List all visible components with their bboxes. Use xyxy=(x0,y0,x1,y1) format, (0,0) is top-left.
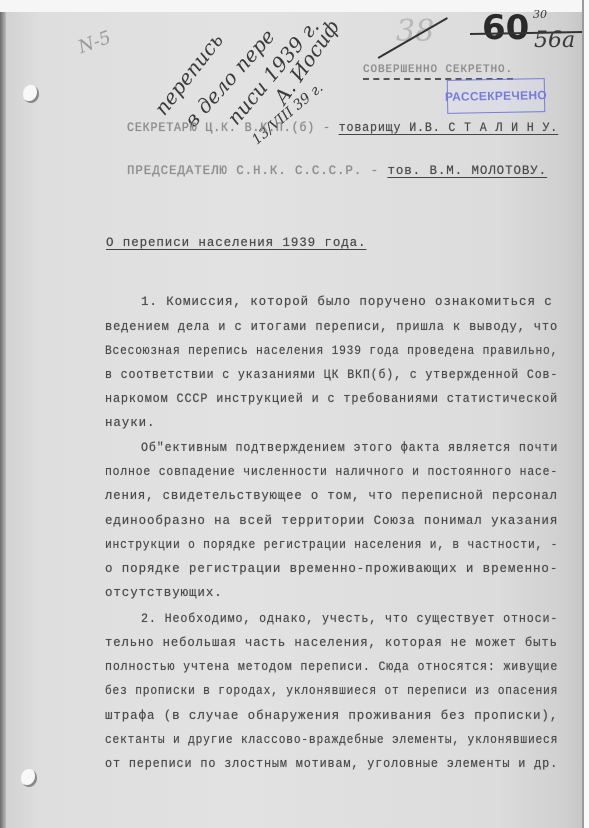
body-line: о порядке регистрации временно-проживающ… xyxy=(105,562,558,576)
body-line: отсутствующих. xyxy=(105,586,223,600)
body-line: полностью учтена методом переписи. Сюда … xyxy=(105,660,558,674)
body-line: в соответствии с указаниями ЦК ВКП(б), с… xyxy=(105,368,558,382)
addressee-title: ПРЕДСЕДАТЕЛЮ С.Н.К. С.С.С.Р. - xyxy=(127,164,387,178)
scan-edge-right xyxy=(582,0,589,828)
body-line: 1. Комиссия, которой было поручено ознак… xyxy=(141,295,553,309)
body-line: ведением дела и с итогами переписи, приш… xyxy=(105,320,558,334)
body-line: ления, свидетельствующее о том, что пере… xyxy=(105,489,558,503)
body-line: науки. xyxy=(105,416,155,430)
body-line: наркомом СССР инструкцией и с требования… xyxy=(105,392,558,406)
body-line: тельно небольшая часть населения, котора… xyxy=(105,636,558,650)
archive-number-struck: 60 xyxy=(482,8,529,48)
addressee-stalin: СЕКРЕТАРЮ Ц.К. В.К.П.(б) - товарищу И.В.… xyxy=(127,121,558,135)
addressee-name: тов. В.М. МОЛОТОВУ. xyxy=(387,164,547,178)
body-line: единообразно на всей территории Союза по… xyxy=(105,514,558,528)
scan-edge-left xyxy=(0,12,6,828)
body-line: штрафа (в случае обнаружения проживания … xyxy=(105,709,558,723)
declassified-stamp: РАССЕКРЕЧЕНО xyxy=(447,78,546,114)
classification-label: СОВЕРШЕННО СЕКРЕТНО. xyxy=(363,64,513,76)
document-subject: О переписи населения 1939 года. xyxy=(106,236,366,250)
body-line: полное совпадение численности наличного … xyxy=(105,465,558,479)
body-line: от переписи по злостным мотивам, уголовн… xyxy=(105,757,558,771)
archive-number-small: 30 xyxy=(533,8,547,21)
body-line: 2. Необходимо, однако, учесть, что сущес… xyxy=(141,612,558,626)
punch-hole-icon xyxy=(21,769,37,787)
body-line: без прописки в городах, уклонявшиеся от … xyxy=(105,684,558,698)
addressee-name: товарищу И.В. С Т А Л И Н У. xyxy=(339,121,558,135)
body-line: Об"ективным подтверждением этого факта я… xyxy=(141,441,558,455)
body-line: Всесоюзная перепись населения 1939 года … xyxy=(105,344,558,358)
addressee-title: СЕКРЕТАРЮ Ц.К. В.К.П.(б) - xyxy=(127,121,339,135)
punch-hole-icon xyxy=(23,85,39,103)
addressee-molotov: ПРЕДСЕДАТЕЛЮ С.Н.К. С.С.С.Р. - тов. В.М.… xyxy=(127,164,547,178)
body-line: сектанты и другие классово-враждебные эл… xyxy=(105,733,558,747)
body-line: инструкции о порядке регистрации населен… xyxy=(105,538,558,552)
archive-number: 56а xyxy=(534,28,575,53)
